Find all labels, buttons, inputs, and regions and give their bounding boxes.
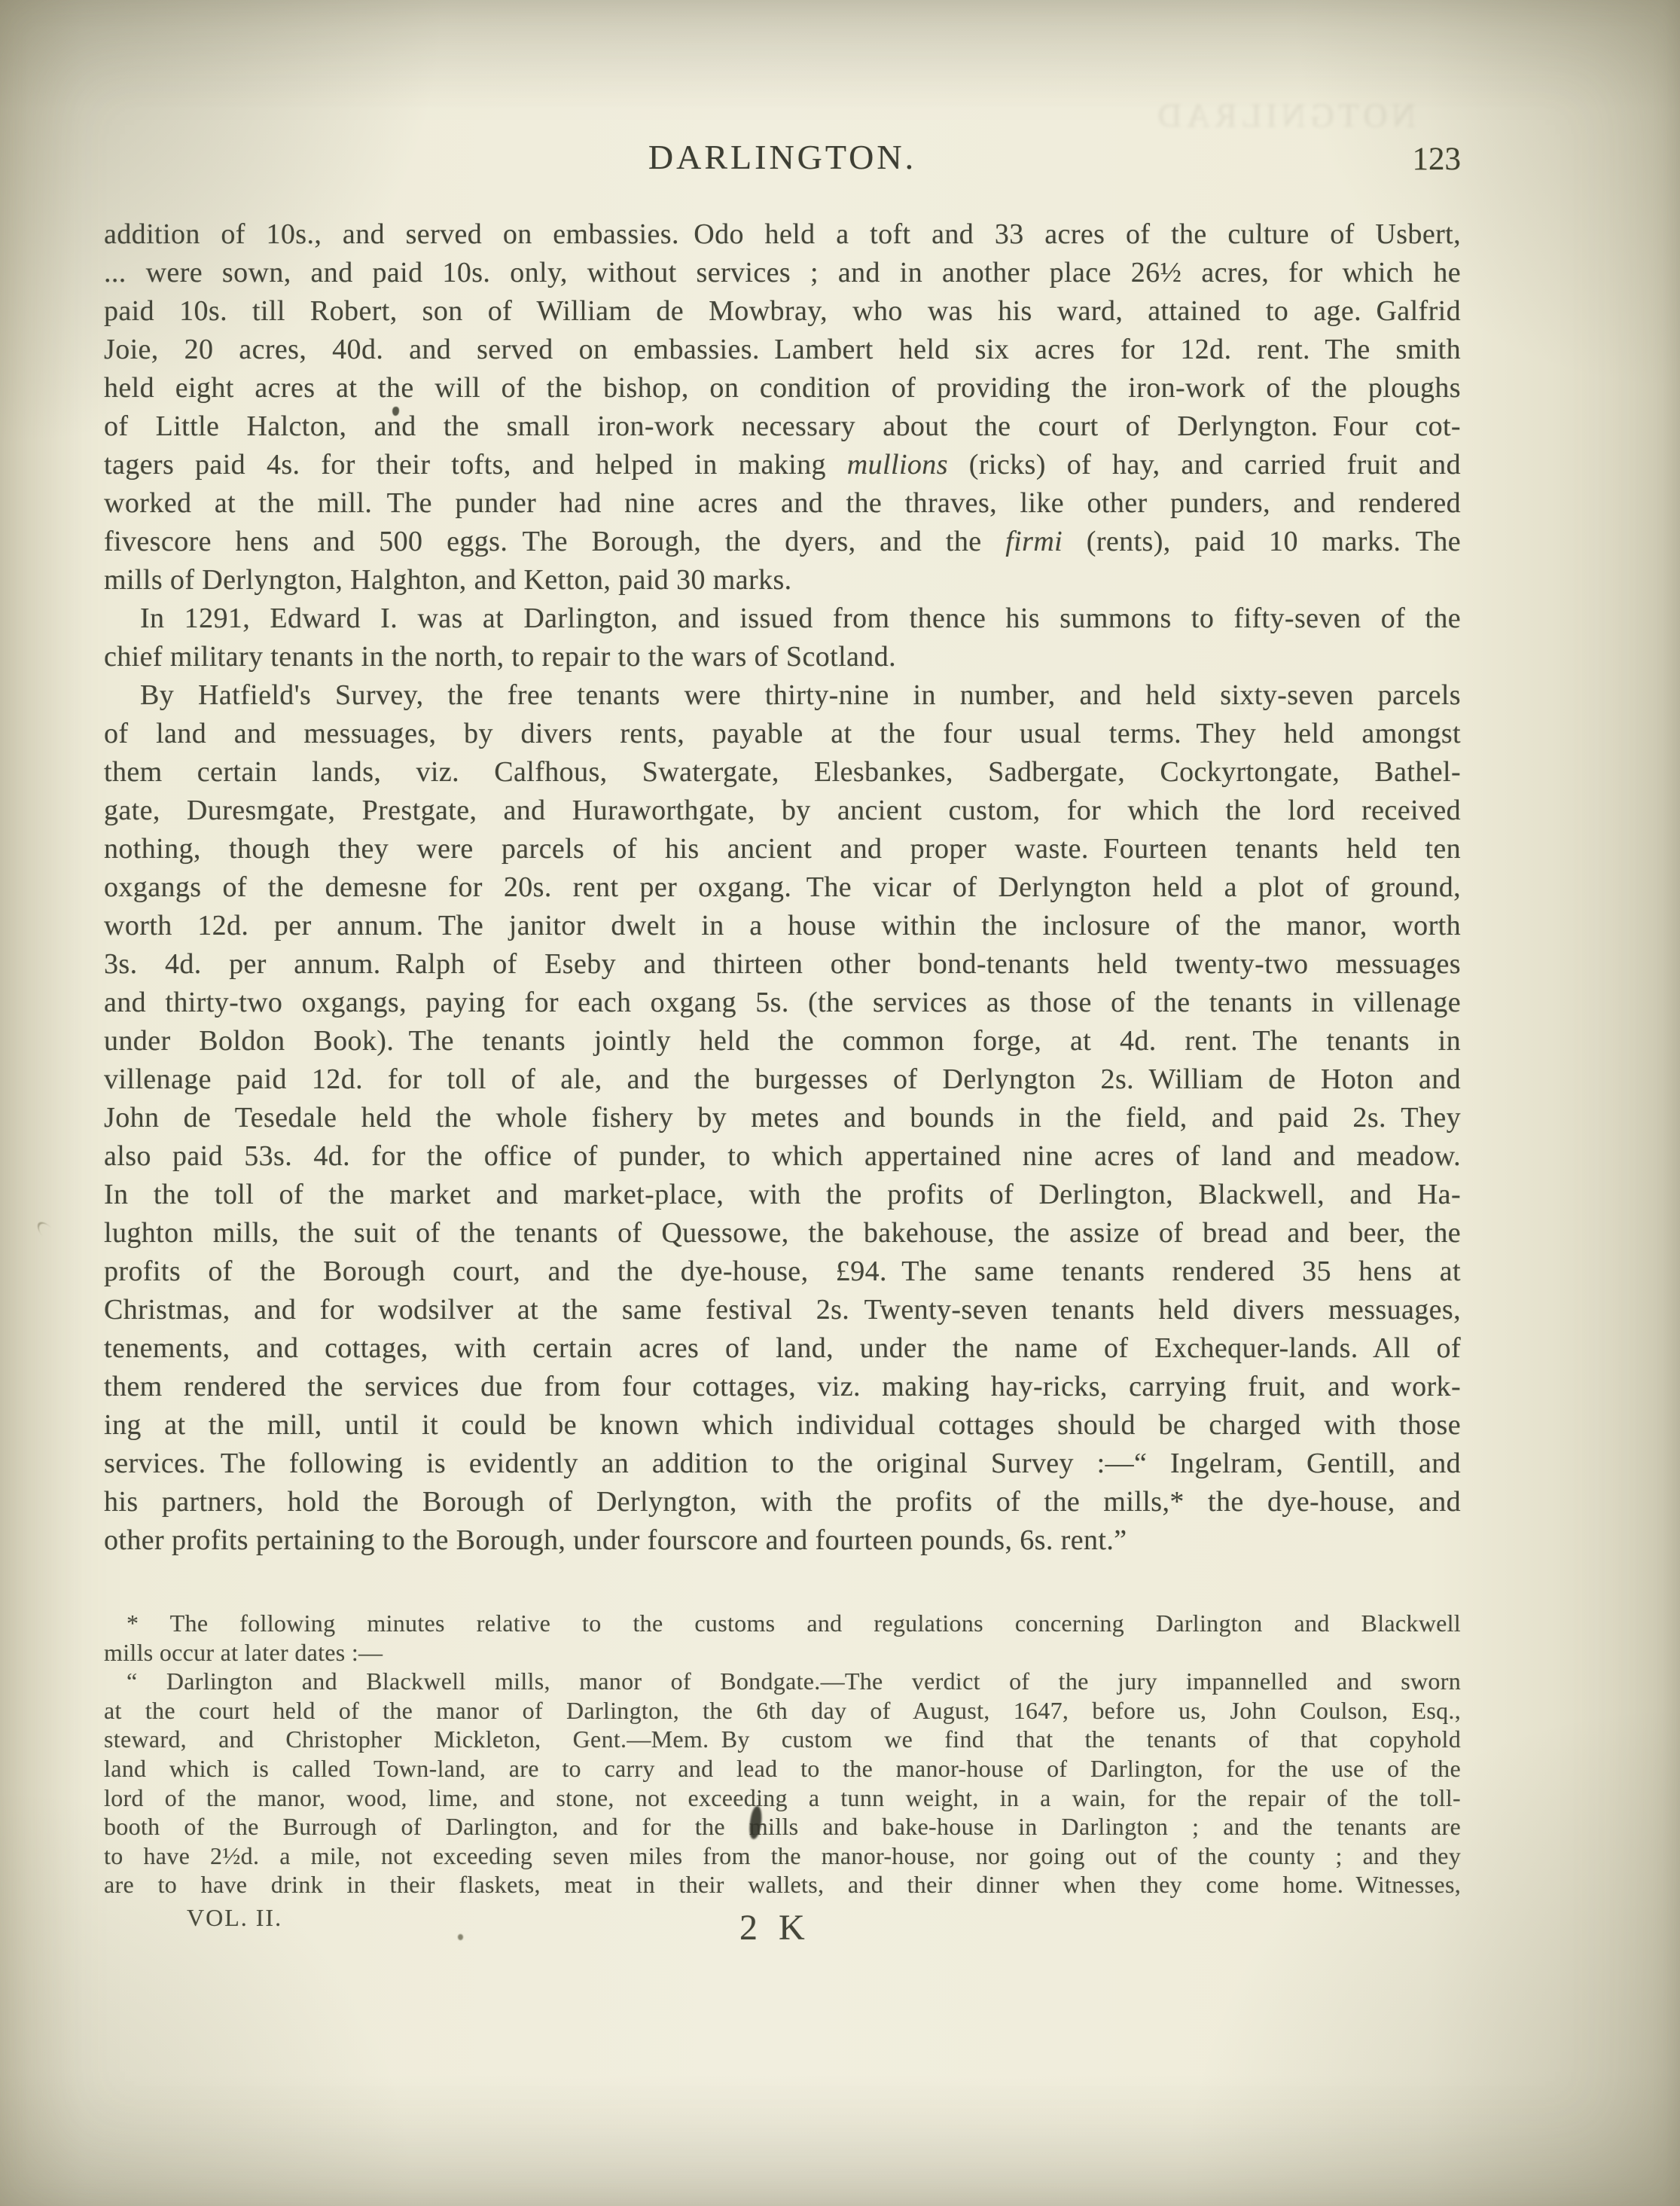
footnote-line: lord of the manor, wood, lime, and stone… [104, 1783, 1461, 1813]
body-line: worked at the mill. The punder had nine … [104, 484, 1461, 523]
body-line: them rendered the services due from four… [104, 1368, 1461, 1406]
body-line paragraph-end: other profits pertaining to the Borough,… [104, 1521, 1461, 1560]
body-line: under Boldon Book). The tenants jointly … [104, 1022, 1461, 1060]
body-line: of Little Halcton, and the small iron-wo… [104, 407, 1461, 446]
body-line-segment: (ricks) of hay, and carried fruit and [948, 449, 1461, 481]
body-line paragraph-start: By Hatfield's Survey, the free tenants w… [104, 676, 1461, 715]
footnote-line paragraph-end: mills occur at later dates :— [104, 1638, 1461, 1667]
body-line paragraph-start: In 1291, Edward I. was at Darlington, an… [104, 600, 1461, 638]
body-line: In the toll of the market and market-pla… [104, 1176, 1461, 1214]
body-line: John de Tesedale held the whole fishery … [104, 1099, 1461, 1137]
body-line: Christmas, and for wodsilver at the same… [104, 1291, 1461, 1329]
footnote-text: * The following minutes relative to the … [104, 1609, 1461, 1899]
body-line-segment: tagers paid 4s. for their tofts, and hel… [104, 449, 847, 481]
body-line: services. The following is evidently an … [104, 1445, 1461, 1483]
body-line: 3s. 4d. per annum. Ralph of Eseby and th… [104, 945, 1461, 984]
body-text: addition of 10s., and served on embassie… [104, 215, 1461, 1560]
body-line: fivescore hens and 500 eggs. The Borough… [104, 523, 1461, 561]
body-line: also paid 53s. 4d. for the office of pun… [104, 1137, 1461, 1176]
body-line: paid 10s. till Robert, son of William de… [104, 292, 1461, 331]
body-line: of land and messuages, by divers rents, … [104, 715, 1461, 753]
body-line: lughton mills, the suit of the tenants o… [104, 1214, 1461, 1253]
footnote-line paragraph-start: * The following minutes relative to the … [104, 1609, 1461, 1638]
body-line paragraph-end: chief military tenants in the north, to … [104, 638, 1461, 676]
body-line: held eight acres at the will of the bish… [104, 369, 1461, 407]
ink-speck [458, 1934, 463, 1940]
book-page-scan: NOTGNILRAD DARLINGTON. 123 addition of 1… [0, 0, 1680, 2206]
body-line: them certain lands, viz. Calfhous, Swate… [104, 753, 1461, 792]
footnote-line: steward, and Christopher Mickleton, Gent… [104, 1725, 1461, 1754]
footnote-line: booth of the Burrough of Darlington, and… [104, 1812, 1461, 1841]
body-line: profits of the Borough court, and the dy… [104, 1253, 1461, 1291]
footnote-line paragraph-start: “ Darlington and Blackwell mills, manor … [104, 1667, 1461, 1696]
footnote-line: to have 2½d. a mile, not exceeding seven… [104, 1841, 1461, 1871]
footnote-line: at the court held of the manor of Darlin… [104, 1696, 1461, 1725]
bleed-through-ghost-text: NOTGNILRAD [889, 96, 1416, 135]
printers-signature-mark: 2 K [739, 1907, 811, 1948]
body-line: villenage paid 12d. for toll of ale, and… [104, 1060, 1461, 1099]
body-line-segment: fivescore hens and 500 eggs. The Borough… [104, 526, 1005, 557]
body-line: nothing, though they were parcels of his… [104, 830, 1461, 868]
body-line: his partners, hold the Borough of Derlyn… [104, 1483, 1461, 1521]
body-line paragraph-end: mills of Derlyngton, Halghton, and Ketto… [104, 561, 1461, 600]
body-line: tagers paid 4s. for their tofts, and hel… [104, 446, 1461, 484]
body-line: addition of 10s., and served on embassie… [104, 215, 1461, 254]
body-line: tenements, and cottages, with certain ac… [104, 1329, 1461, 1368]
body-line: and thirty-two oxgangs, paying for each … [104, 984, 1461, 1022]
footnote-line: are to have drink in their flaskets, mea… [104, 1870, 1461, 1899]
pencil-mark [35, 1219, 60, 1245]
body-line: gate, Duresmgate, Prestgate, and Hurawor… [104, 792, 1461, 830]
body-line: ing at the mill, until it could be known… [104, 1406, 1461, 1445]
italic-term: firmi [1005, 526, 1063, 557]
body-line: ... were sown, and paid 10s. only, witho… [104, 254, 1461, 292]
body-line-segment: (rents), paid 10 marks. The [1063, 526, 1461, 557]
footnote-line: land which is called Town-land, are to c… [104, 1754, 1461, 1783]
body-line: Joie, 20 acres, 40d. and served on embas… [104, 331, 1461, 369]
body-line: oxgangs of the demesne for 20s. rent per… [104, 868, 1461, 907]
volume-label: VOL. II. [187, 1904, 282, 1932]
body-line: worth 12d. per annum. The janitor dwelt … [104, 907, 1461, 945]
page-number: 123 [104, 142, 1461, 178]
italic-term: mullions [847, 449, 948, 481]
